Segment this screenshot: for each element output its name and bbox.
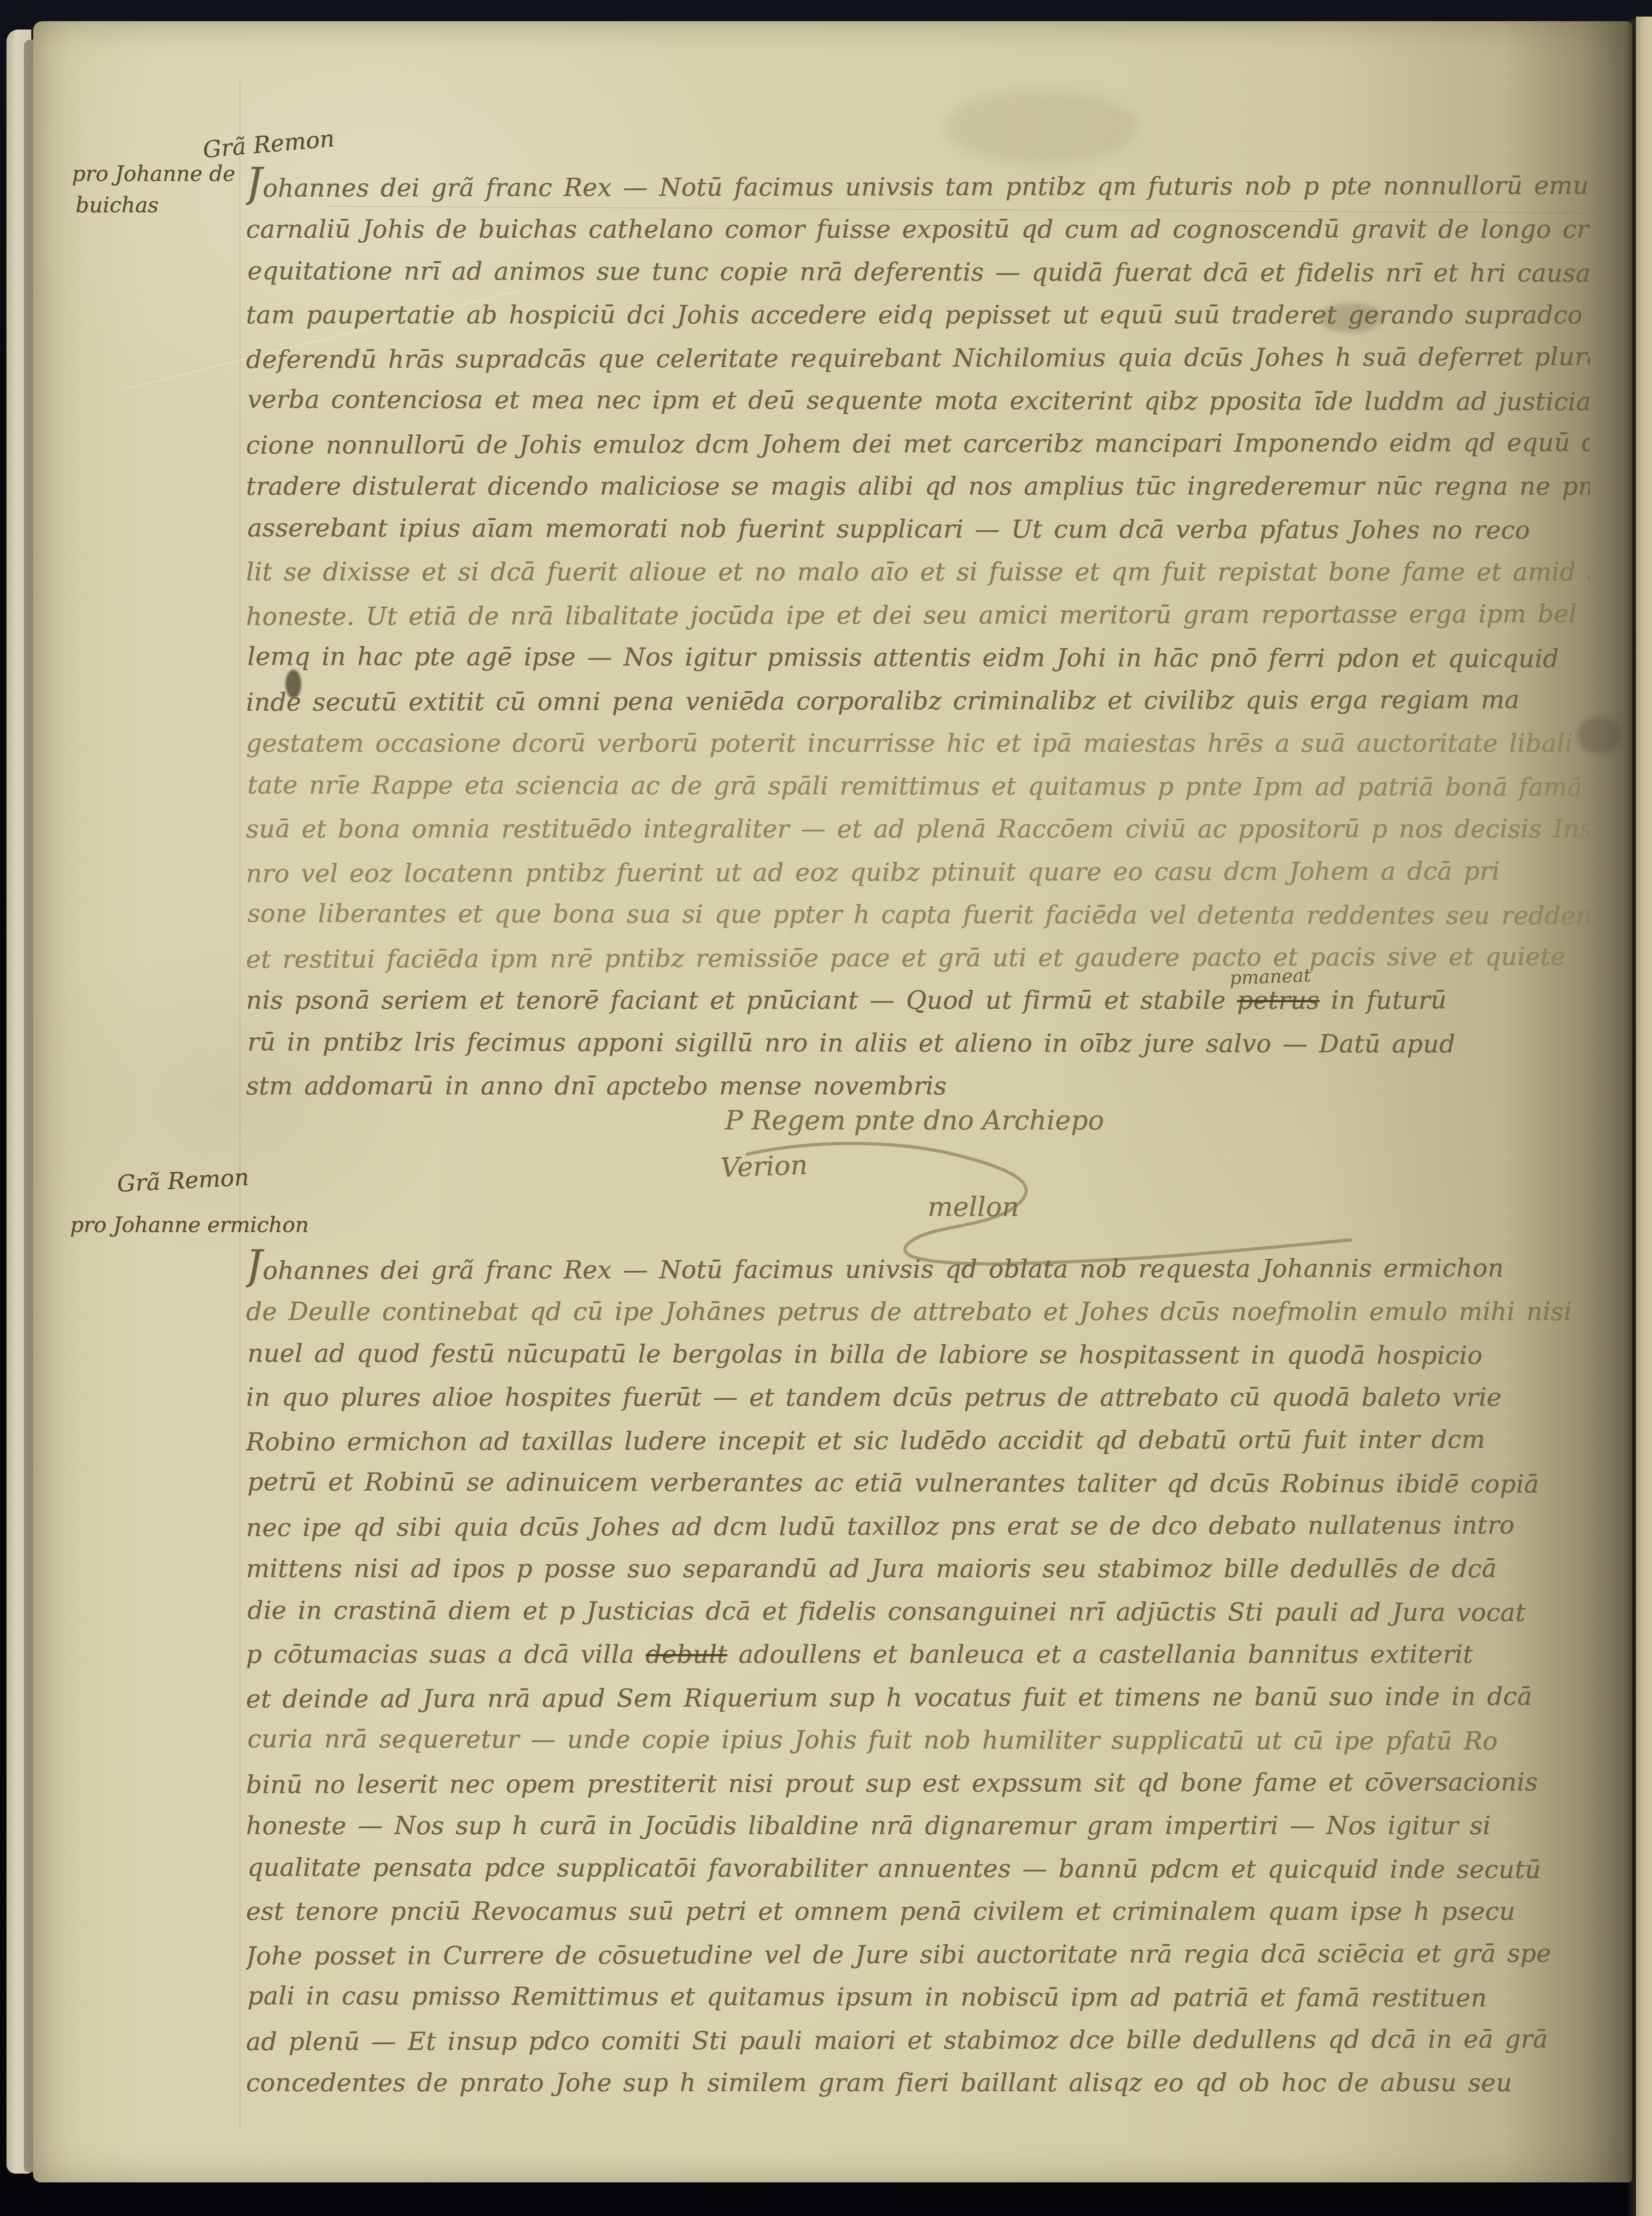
manuscript-line: nec ipe qd sibi quia dcūs Johes ad dcm l…: [246, 1503, 1590, 1549]
margin-note1-beneficiary-name: buichas: [76, 193, 158, 217]
manuscript-line: honeste. Ut etiā de nrā libalitate jocūd…: [246, 592, 1590, 638]
manuscript-line: ad plenū — Et insup pdco comiti Sti paul…: [246, 2017, 1590, 2063]
manuscript-line: curia nrā sequeretur — unde copie ipius …: [247, 1717, 1591, 1762]
manuscript-line: rū in pntibz lris fecimus apponi sigillū…: [247, 1020, 1591, 1065]
interline-correction: pmaneat: [1229, 965, 1311, 989]
manuscript-line: tradere distulerat dicendo maliciose se …: [246, 465, 1590, 508]
parchment-page: Grã Remon pro Johanne de buichas Johanne…: [33, 21, 1632, 2182]
manuscript-line: petrū et Robinū se adinuicem verberantes…: [247, 1460, 1591, 1505]
manuscript-line: de Deulle continebat qd cū ipe Johānes p…: [246, 1290, 1590, 1333]
manuscript-line: equitatione nrī ad animos sue tunc copie…: [247, 249, 1591, 294]
manuscript-line: concedentes de pnrato Johe sup h similem…: [246, 2061, 1590, 2104]
manuscript-line: nro vel eoz locatenn pntibz fuerint ut a…: [246, 849, 1590, 895]
cancelled-word: petrus: [1237, 986, 1319, 1015]
left-margin-rule: [239, 81, 240, 2131]
manuscript-line: Johannes dei grã franc Rex — Notū facimu…: [246, 1246, 1590, 1292]
manuscript-line: est tenore pnciū Revocamus suū petri et …: [246, 1890, 1590, 1933]
manuscript-line: inde secutū extitit cū omni pena veniēda…: [246, 678, 1590, 724]
parchment-discoloration: [945, 90, 1138, 164]
cancelled-word: debult: [646, 1640, 727, 1669]
manuscript-line: cione nonnullorū de Johis emuloz dcm Joh…: [246, 421, 1590, 467]
margin-note2-beneficiary: pro Johanne ermichon: [70, 1212, 309, 1237]
manuscript-line: in quo plures alioe hospites fuerūt — et…: [246, 1376, 1590, 1419]
manuscript-line: asserebant ipius aīam memorati nob fueri…: [247, 506, 1591, 551]
manuscript-line: nis psonā seriem et tenorē faciant et pn…: [246, 979, 1590, 1022]
manuscript-line: tate nrīe Rappe eta sciencia ac de grā s…: [247, 763, 1591, 808]
margin-note1-beneficiary: pro Johanne de: [72, 161, 235, 186]
manuscript-line: stm addomarū in anno dnī apctebo mense n…: [246, 1064, 1590, 1107]
adjacent-page-strip: [1636, 17, 1652, 2216]
manuscript-line: p cōtumacias suas a dcā villa debult ado…: [246, 1633, 1590, 1676]
entry2-text-block: Johannes dei grã franc Rex — Notū facimu…: [246, 1247, 1590, 2104]
manuscript-line: mittens nisi ad ipos p posse suo separan…: [246, 1547, 1590, 1590]
manuscript-line: Johannes dei grã franc Rex — Notū facimu…: [246, 164, 1590, 210]
manuscript-line: lit se dixisse et si dcā fuerit alioue e…: [246, 550, 1590, 593]
manuscript-line: Johe posset in Currere de cōsuetudine ve…: [246, 1932, 1590, 1977]
manuscript-line: pali in casu pmisso Remittimus et quitam…: [247, 1974, 1591, 2019]
manuscript-line: deferendū hrās supradcās que celeritate …: [246, 335, 1590, 381]
manuscript-line: nuel ad quod festū nūcupatū le bergolas …: [247, 1332, 1591, 1377]
manuscript-line: lemq in hac pte agē ipse — Nos igitur pm…: [247, 635, 1591, 680]
manuscript-line: honeste — Nos sup h curā in Jocūdis liba…: [246, 1804, 1590, 1847]
margin-note2-rubric: Grã Remon: [117, 1164, 250, 1198]
manuscript-line: et deinde ad Jura nrā apud Sem Riquerium…: [246, 1675, 1590, 1720]
manuscript-line: suā et bona omnia restituēdo integralite…: [246, 807, 1590, 850]
manuscript-line: sone liberantes et que bona sua si que p…: [247, 892, 1591, 937]
manuscript-line: qualitate pensata pdce supplicatōi favor…: [247, 1846, 1591, 1891]
margin-note1-rubric: Grã Remon: [202, 125, 335, 164]
manuscript-line: die in crastinā diem et p Justicias dcā …: [247, 1589, 1591, 1634]
manuscript-line: tam paupertatie ab hospiciū dci Johis ac…: [246, 293, 1590, 336]
manuscript-photo: Grã Remon pro Johanne de buichas Johanne…: [0, 0, 1652, 2216]
manuscript-line: et restitui faciēda ipm nrē pntibz remis…: [246, 935, 1590, 981]
manuscript-line: Robino ermichon ad taxillas ludere incep…: [246, 1418, 1590, 1463]
manuscript-line: binū no leserit nec opem prestiterit nis…: [246, 1760, 1590, 1806]
entry1-text-block: Johannes dei grã franc Rex — Notū facimu…: [246, 165, 1590, 1107]
manuscript-line: verba contenciosa et mea nec ipm et deū …: [247, 378, 1591, 423]
manuscript-line: gestatem occasione dcorū verborū poterit…: [246, 722, 1590, 765]
manuscript-line: carnaliū Johis de buichas cathelano como…: [246, 208, 1590, 251]
